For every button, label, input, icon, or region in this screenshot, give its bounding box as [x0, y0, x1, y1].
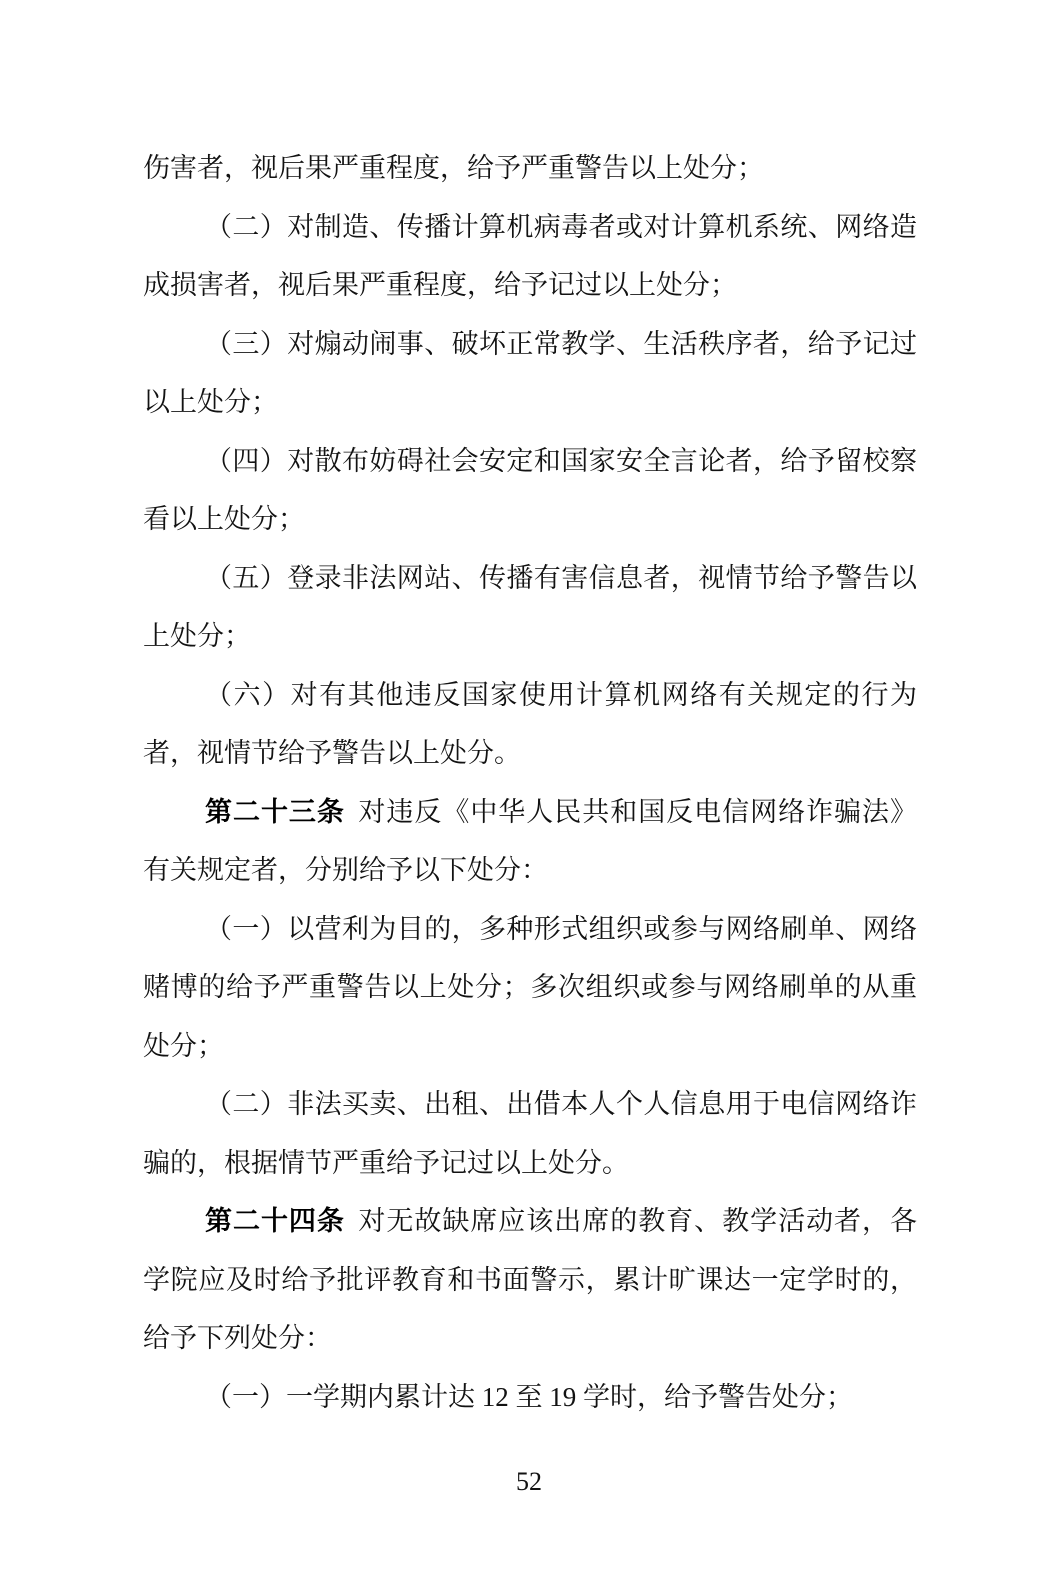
- line-text: 骗的，根据情节严重给予记过以上处分。: [143, 1148, 629, 1178]
- text-line: 成损害者，视后果严重程度，给予记过以上处分；: [143, 256, 917, 315]
- line-text: （二）对制造、传播计算机病毒者或对计算机系统、网络造: [205, 212, 917, 242]
- text-line: 看以上处分；: [143, 490, 917, 549]
- line-text: 以上处分；: [143, 387, 278, 417]
- line-text: 给予下列处分：: [143, 1323, 332, 1353]
- text-line-clause-3: （三）对煽动闹事、破坏正常教学、生活秩序者，给予记过: [143, 315, 917, 374]
- text-line-article-23: 第二十三条对违反《中华人民共和国反电信网络诈骗法》: [143, 783, 917, 842]
- page-number: 52: [0, 1462, 1058, 1502]
- document-page: 伤害者，视后果严重程度，给予严重警告以上处分； （二）对制造、传播计算机病毒者或…: [0, 0, 1058, 1588]
- text-line: 伤害者，视后果严重程度，给予严重警告以上处分；: [143, 139, 917, 198]
- line-text: 成损害者，视后果严重程度，给予记过以上处分；: [143, 270, 737, 300]
- line-text: 对违反《中华人民共和国反电信网络诈骗法》: [358, 797, 917, 827]
- line-text: 对无故缺席应该出席的教育、教学活动者，各: [358, 1206, 917, 1236]
- article-23-term: 第二十三条: [205, 797, 345, 827]
- line-text: （五）登录非法网站、传播有害信息者，视情节给予警告以: [205, 563, 917, 593]
- text-line: 赌博的给予严重警告以上处分；多次组织或参与网络刷单的从重: [143, 958, 917, 1017]
- document-text-block: 伤害者，视后果严重程度，给予严重警告以上处分； （二）对制造、传播计算机病毒者或…: [143, 139, 917, 1426]
- text-line-clause-4: （四）对散布妨碍社会安定和国家安全言论者，给予留校察: [143, 432, 917, 491]
- text-line-clause-1: （一）以营利为目的，多种形式组织或参与网络刷单、网络: [143, 900, 917, 959]
- line-text: 有关规定者，分别给予以下处分：: [143, 855, 548, 885]
- text-line: 以上处分；: [143, 373, 917, 432]
- line-text: 处分；: [143, 1031, 224, 1061]
- line-text: （三）对煽动闹事、破坏正常教学、生活秩序者，给予记过: [205, 329, 917, 359]
- line-text: （二）非法买卖、出租、出借本人个人信息用于电信网络诈: [205, 1089, 917, 1119]
- text-line: 上处分；: [143, 607, 917, 666]
- text-line-clause-2b: （二）非法买卖、出租、出借本人个人信息用于电信网络诈: [143, 1075, 917, 1134]
- text-line-clause-5: （五）登录非法网站、传播有害信息者，视情节给予警告以: [143, 549, 917, 608]
- text-line-article-24: 第二十四条对无故缺席应该出席的教育、教学活动者，各: [143, 1192, 917, 1251]
- text-line: 有关规定者，分别给予以下处分：: [143, 841, 917, 900]
- line-text: 上处分；: [143, 621, 251, 651]
- line-text: 学院应及时给予批评教育和书面警示，累计旷课达一定学时的，: [143, 1265, 917, 1295]
- line-text: （六）对有其他违反国家使用计算机网络有关规定的行为: [205, 680, 917, 710]
- text-line: 骗的，根据情节严重给予记过以上处分。: [143, 1134, 917, 1193]
- line-text: 看以上处分；: [143, 504, 305, 534]
- text-line: 给予下列处分：: [143, 1309, 917, 1368]
- article-24-term: 第二十四条: [205, 1206, 345, 1236]
- line-text: （四）对散布妨碍社会安定和国家安全言论者，给予留校察: [205, 446, 917, 476]
- text-line: 者，视情节给予警告以上处分。: [143, 724, 917, 783]
- line-text: 者，视情节给予警告以上处分。: [143, 738, 521, 768]
- line-text: 伤害者，视后果严重程度，给予严重警告以上处分；: [143, 153, 764, 183]
- text-line: 学院应及时给予批评教育和书面警示，累计旷课达一定学时的，: [143, 1251, 917, 1310]
- line-text: 赌博的给予严重警告以上处分；多次组织或参与网络刷单的从重: [143, 972, 917, 1002]
- line-text: （一）以营利为目的，多种形式组织或参与网络刷单、网络: [205, 914, 917, 944]
- text-line-clause-6: （六）对有其他违反国家使用计算机网络有关规定的行为: [143, 666, 917, 725]
- text-line: 处分；: [143, 1017, 917, 1076]
- text-line-clause-1b: （一）一学期内累计达 12 至 19 学时，给予警告处分；: [143, 1368, 917, 1427]
- text-line-clause-2: （二）对制造、传播计算机病毒者或对计算机系统、网络造: [143, 198, 917, 257]
- line-text: （一）一学期内累计达 12 至 19 学时，给予警告处分；: [205, 1382, 853, 1412]
